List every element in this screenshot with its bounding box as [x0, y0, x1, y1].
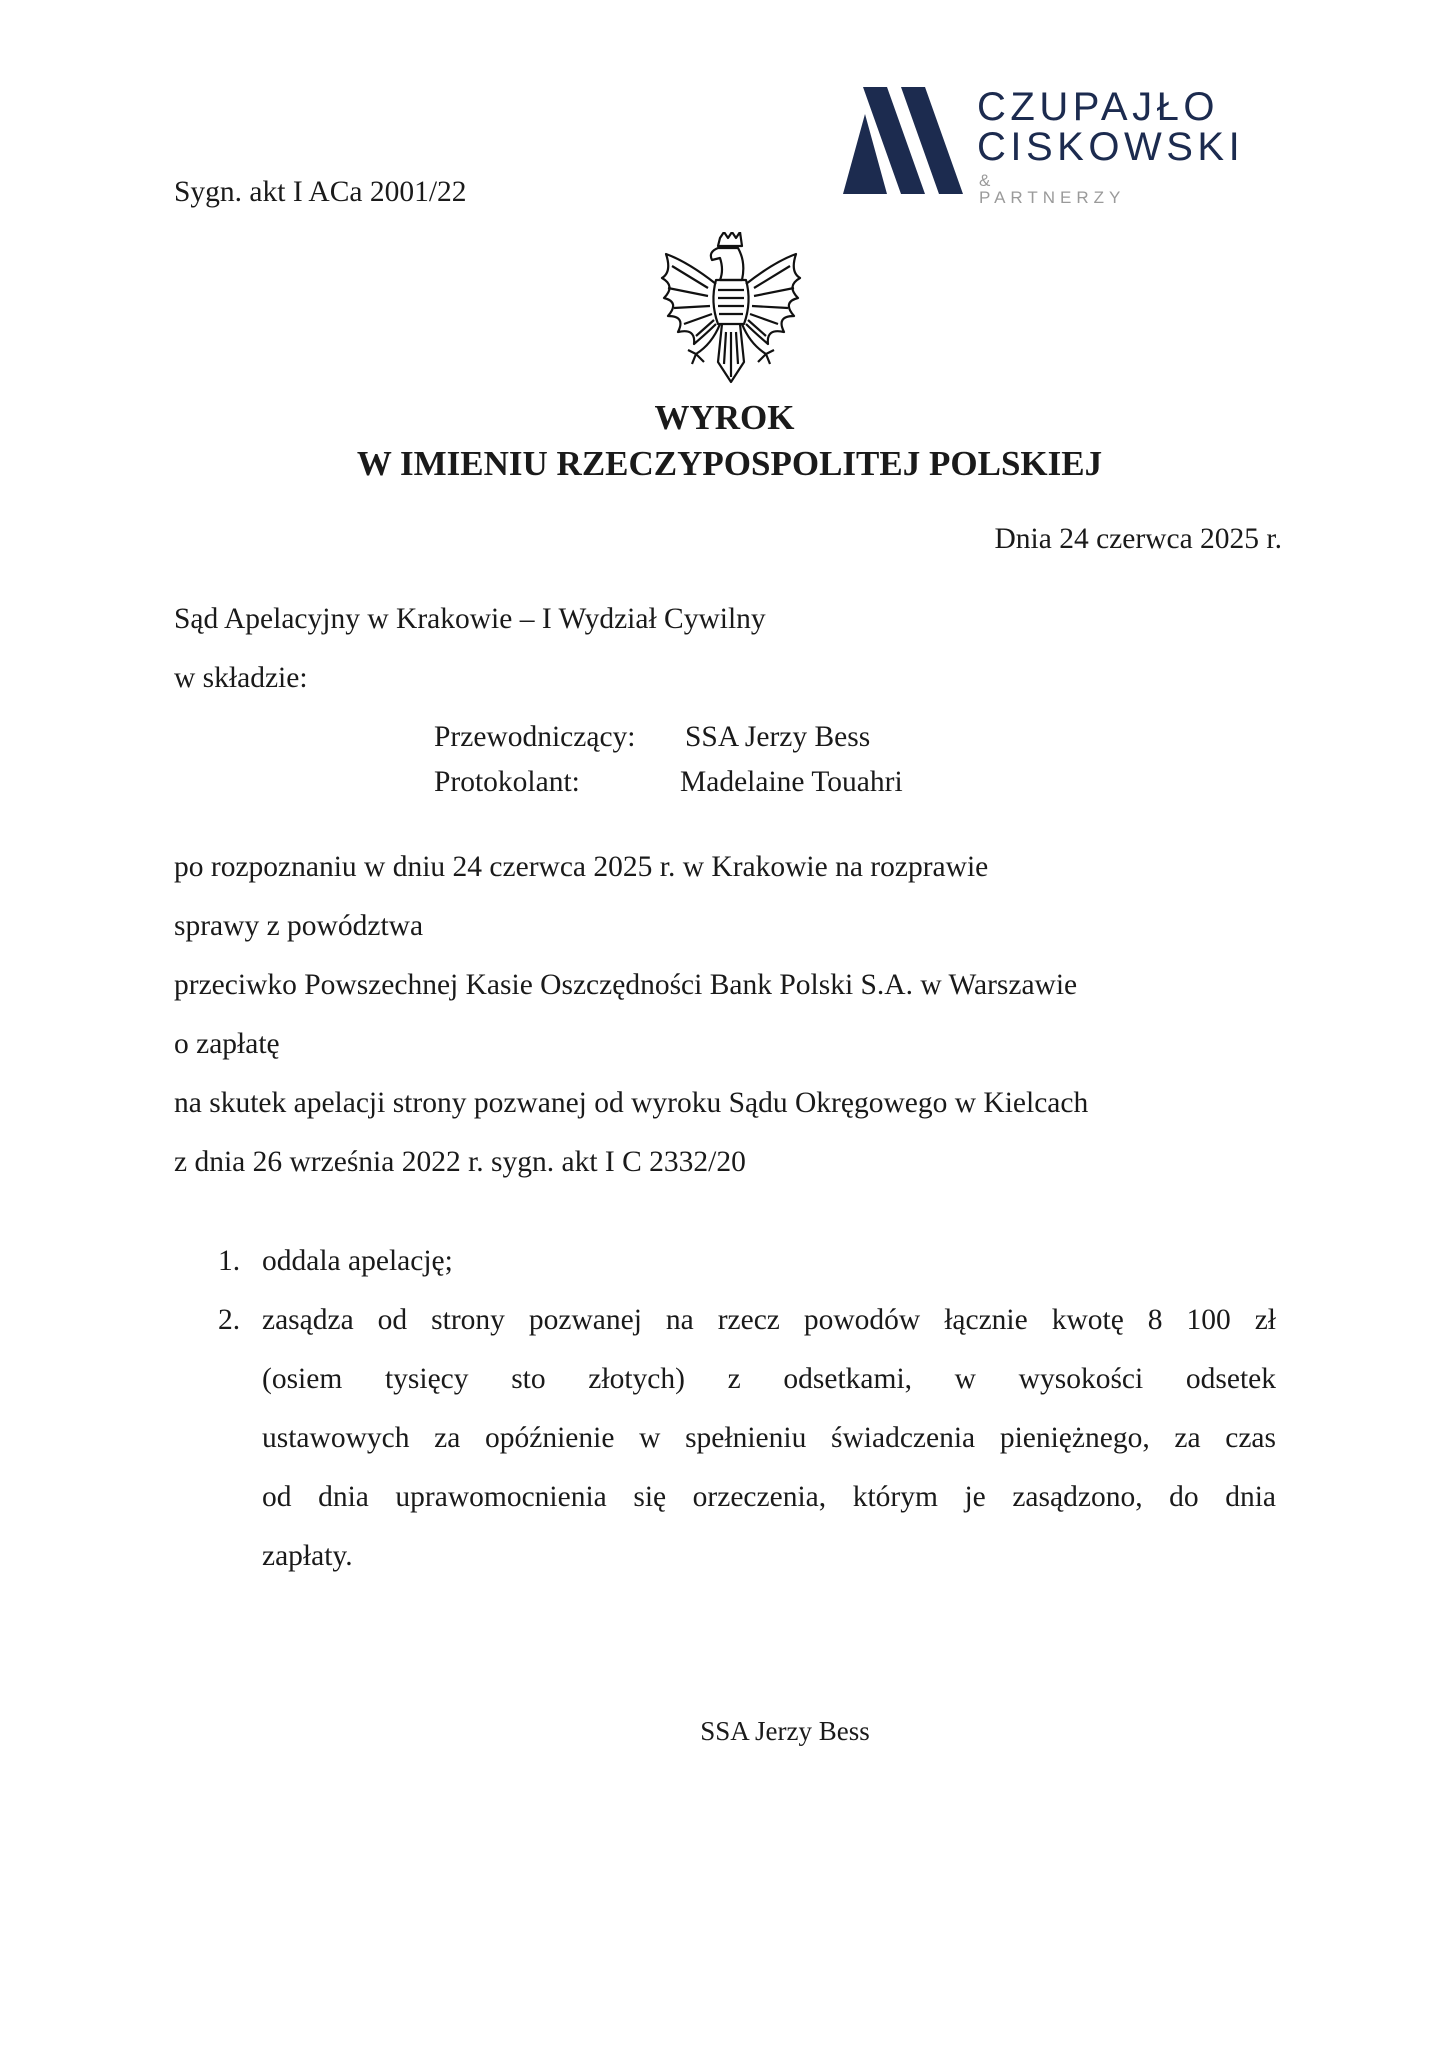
logo-partners: & PARTNERZY [979, 172, 1125, 206]
preamble-line: przeciwko Powszechnej Kasie Oszczędności… [174, 971, 1077, 1001]
ruling-number: 1. [218, 1247, 240, 1277]
logo-name-line1: CZUPAJŁO [977, 87, 1219, 127]
clerk-label: Protokolant: [434, 768, 580, 798]
polish-eagle-emblem-icon [658, 232, 804, 388]
judgment-title: WYROK [0, 398, 1449, 438]
ruling-text: (osiem tysięcy sto złotych) z odsetkami,… [262, 1365, 1276, 1395]
judgment-date: Dnia 24 czerwca 2025 r. [994, 525, 1282, 555]
presiding-judge-name: SSA Jerzy Bess [685, 723, 870, 753]
judge-signature: SSA Jerzy Bess [0, 1716, 1449, 1747]
preamble-line: sprawy z powództwa [174, 912, 423, 942]
judgment-subtitle: W IMIENIU RZECZYPOSPOLITEJ POLSKIEJ [0, 444, 1449, 484]
ruling-text: zasądza od strony pozwanej na rzecz powo… [262, 1306, 1276, 1336]
preamble-line: o zapłatę [174, 1030, 280, 1060]
composition-intro: w składzie: [174, 664, 308, 694]
preamble-line: z dnia 26 września 2022 r. sygn. akt I C… [174, 1148, 746, 1178]
presiding-judge-label: Przewodniczący: [434, 723, 636, 753]
preamble-line: po rozpoznaniu w dniu 24 czerwca 2025 r.… [174, 853, 988, 883]
logo-name-line2: CISKOWSKI [977, 127, 1244, 167]
preamble-line: na skutek apelacji strony pozwanej od wy… [174, 1089, 1088, 1119]
ruling-text: ustawowych za opóźnienie w spełnieniu św… [262, 1424, 1276, 1454]
ruling-text: zapłaty. [262, 1542, 1276, 1572]
ruling-text: od dnia uprawomocnienia się orzeczenia, … [262, 1483, 1276, 1513]
law-firm-logo: CZUPAJŁO CISKOWSKI & PARTNERZY [843, 84, 1263, 196]
ruling-text: oddala apelację; [262, 1247, 1276, 1277]
ruling-number: 2. [218, 1306, 240, 1336]
logo-mark-icon [843, 84, 965, 196]
case-signature: Sygn. akt I ACa 2001/22 [174, 178, 467, 208]
clerk-name: Madelaine Touahri [680, 768, 903, 798]
court-name: Sąd Apelacyjny w Krakowie – I Wydział Cy… [174, 605, 766, 635]
